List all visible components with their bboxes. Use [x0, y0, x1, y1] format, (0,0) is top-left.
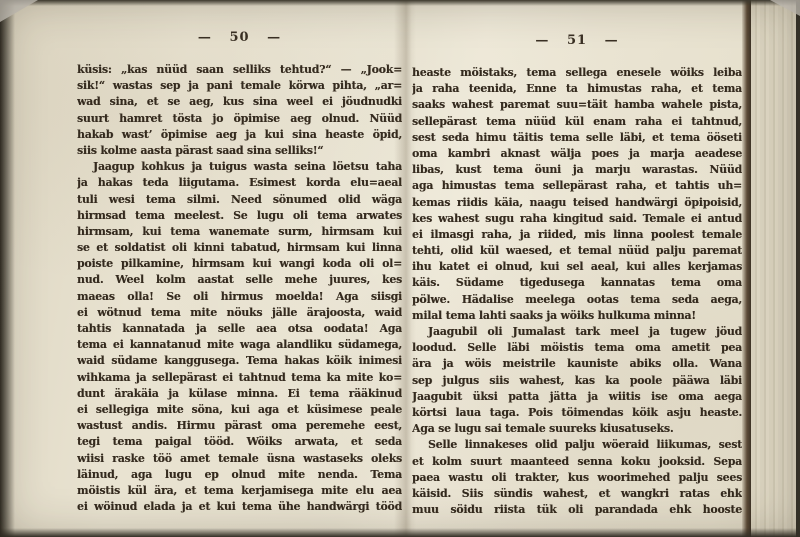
text-line: läinud, aga lugu ep olnud mite nenda. Te…: [77, 467, 402, 483]
text-line: pölwe. Hädalise meelega ootas tema seda …: [412, 292, 742, 308]
scan-corner-top-left: [0, 0, 38, 22]
text-line: tegi tema paigal tööd. Wöiks arwata, et …: [77, 434, 402, 450]
text-line: Jaagup kohkus ja tuigus wasta seina löet…: [77, 159, 402, 175]
text-line: Jaagubil oli Jumalast tark meel ja tugew…: [412, 324, 742, 340]
text-line: poiste pilkamine, hirmsam kui wangi koda…: [77, 256, 402, 272]
text-line: Selle linnakeses olid palju wöeraid liik…: [412, 437, 742, 453]
text-line: ei sellegiga mite söna, kui aga et küsim…: [77, 402, 402, 418]
text-line: oma kambri aknast wälja poes ja marja ae…: [412, 146, 742, 162]
text-line: ära ja wöis meistrile kauniste abiks oll…: [412, 356, 742, 372]
book-fore-edge: [751, 0, 800, 537]
text-line: küsis: „kas nüüd saan selliks tehtud?“ —…: [77, 62, 402, 78]
text-line: kemas riidis käia, naagu teised handwärg…: [412, 195, 742, 211]
text-line: heaste möistaks, tema sellega enesele wö…: [412, 65, 742, 81]
text-line: ja hakas teda liigutama. Esimest korda e…: [77, 175, 402, 191]
text-line: möistis kül ära, et tema kerjamisega mit…: [77, 483, 402, 499]
scan-bottom-border: [0, 528, 800, 537]
text-line: suurt hamret tösta jo öpimise aeg olnud.…: [77, 111, 402, 127]
text-line: ei ilmasgi raha, ja riided, mis linna po…: [412, 227, 742, 243]
left-page-text: küsis: „kas nüüd saan selliks tehtud?“ —…: [77, 62, 402, 515]
text-line: käis. Südame tigedusega kannatas tema om…: [412, 275, 742, 291]
text-line: kes wahest sugu raha kingitud said. Tema…: [412, 211, 742, 227]
scan-top-border: [0, 0, 800, 6]
text-line: ihu katet ei olnud, kui sel aeal, kui al…: [412, 259, 742, 275]
text-line: sik!“ wastas sep ja pani temale körwa pi…: [77, 78, 402, 94]
text-line: muu söidu riista tük oli parandada ehk h…: [412, 502, 742, 518]
right-page-edge-shadow: [742, 0, 751, 537]
text-line: sep julgus siis wahest, kas ka poole pää…: [412, 373, 742, 389]
text-line: wihkama ja sellepärast ei tahtnud tema k…: [77, 370, 402, 386]
scan-corner-top-right: [770, 0, 800, 16]
text-line: se et soldatist oli kinni tabatud, hirms…: [77, 240, 402, 256]
text-line: ei wöinud elada ja et kui tema ühe handw…: [77, 499, 402, 515]
text-line: Jaagubit üksi patta jätta ja wiitis ise …: [412, 389, 742, 405]
text-line: libas, kust tema öuni ja marju warastas.…: [412, 162, 742, 178]
text-line: körtsi laua taga. Pois töimendas köik as…: [412, 405, 742, 421]
text-line: Aga se lugu sai temale suureks kiusatuse…: [412, 421, 742, 437]
book-gutter-shadow: [394, 0, 416, 537]
right-page-text: heaste möistaks, tema sellega enesele wö…: [412, 65, 742, 518]
left-page: — 50 — küsis: „kas nüüd saan selliks teh…: [77, 30, 402, 515]
text-line: hirmsam, kui tema wanemate surm, hirmsam…: [77, 224, 402, 240]
text-line: paea wastu oli trakter, kus woorimehed p…: [412, 470, 742, 486]
text-line: sest seda himu täitis tema selle läbi, e…: [412, 130, 742, 146]
text-line: tuli wesi tema silmi. Need sönumed olid …: [77, 192, 402, 208]
text-line: hirmsad tema meelest. Se lugu oli tema a…: [77, 208, 402, 224]
text-line: hakab wast’ öpimise aeg ja kui sina heas…: [77, 127, 402, 143]
text-line: nud. Weel kolm aastat selle mehe juures,…: [77, 272, 402, 288]
text-line: waid südame kanggusega. Tema hakas köik …: [77, 353, 402, 369]
text-line: milal tema lahti saaks ja wöiks hulkuma …: [412, 308, 742, 324]
text-line: tehti, olid kül waesed, et temal nüüd pa…: [412, 243, 742, 259]
text-line: dunt ärakäia ja külase minna. Ei tema rä…: [77, 386, 402, 402]
text-line: aga himustas tema sellepärast raha, et t…: [412, 178, 742, 194]
text-line: ja raha teenida, Enne ta himustas raha, …: [412, 81, 742, 97]
text-line: wiisi raske töö amet temale üsna wastase…: [77, 451, 402, 467]
book-scan: — 50 — küsis: „kas nüüd saan selliks teh…: [0, 0, 800, 537]
scan-left-border: [0, 0, 15, 537]
text-line: siis kolme aasta pärast saad sina sellik…: [77, 143, 402, 159]
text-line: tahtis kannatada ja selle aea otsa oodat…: [77, 321, 402, 337]
text-line: tema ei kannatanud mite waga alandliku s…: [77, 337, 402, 353]
page-number-header-right: — 51 —: [412, 33, 742, 51]
text-line: wad sina, et se aeg, kus sina weel ei jö…: [77, 94, 402, 110]
page-number-header-left: — 50 —: [77, 30, 402, 48]
text-line: saaks wahest paremat suu=täit hamba wahe…: [412, 97, 742, 113]
right-page: — 51 — heaste möistaks, tema sellega ene…: [412, 33, 742, 518]
text-line: maeas olla! Se oli hirmus moelda! Aga si…: [77, 289, 402, 305]
text-line: loodud. Selle läbi möistis tema oma amet…: [412, 340, 742, 356]
text-line: wastust andis. Hirmu pärast oma peremehe…: [77, 418, 402, 434]
text-line: käisid. Siis sündis wahest, et wangkri r…: [412, 486, 742, 502]
text-line: et kolm suurt maanteed senna koku jooksi…: [412, 454, 742, 470]
scan-right-border: [796, 0, 800, 537]
text-line: sellepärast tema nüüd kül enam raha ei t…: [412, 114, 742, 130]
text-line: ei wötnud tema mite nöuks jälle ärajoost…: [77, 305, 402, 321]
